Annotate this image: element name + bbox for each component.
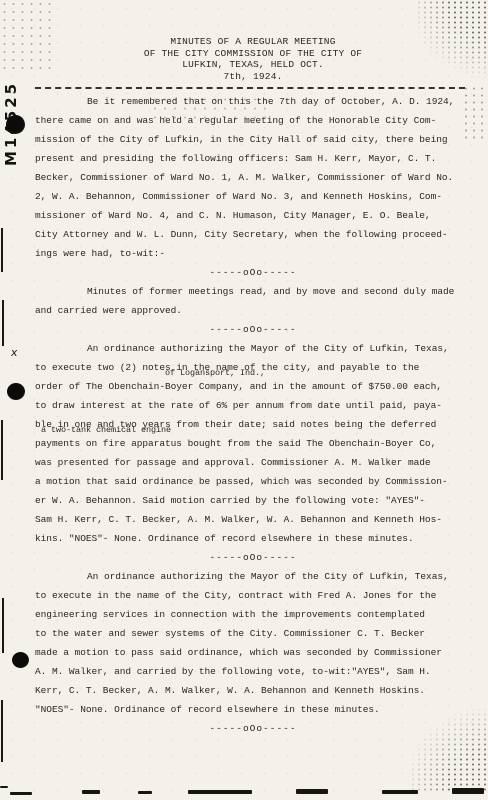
- section-separator: -----oOo-----: [35, 719, 471, 738]
- text-line-main: order of The Obenchain-Boyer Company, an…: [35, 381, 442, 392]
- text-line: Kerr, C. T. Becker, A. M. Walker, W. A. …: [35, 681, 471, 700]
- minutes-approval-paragraph: Minutes of former meetings read, and by …: [35, 282, 471, 320]
- scan-smudge: [82, 790, 100, 794]
- text-line: An ordinance authorizing the Mayor of th…: [35, 339, 471, 358]
- margin-line-artifact: [1, 420, 3, 480]
- text-line: An ordinance authorizing the Mayor of th…: [35, 567, 471, 586]
- document-title: MINUTES OF A REGULAR MEETING OF THE CITY…: [35, 36, 471, 82]
- margin-line-artifact: [1, 228, 3, 272]
- scan-smudge: [382, 790, 418, 794]
- text-line: Sam H. Kerr, C. T. Becker, A. M. Walker,…: [35, 510, 471, 529]
- text-line: Be it remembered that on this the 7th da…: [35, 92, 471, 111]
- title-line: LUFKIN, TEXAS, HELD OCT.: [35, 59, 471, 71]
- text-line: City Attorney and W. L. Dunn, City Secre…: [35, 225, 471, 244]
- ordinance-contract-paragraph: An ordinance authorizing the Mayor of th…: [35, 567, 471, 719]
- margin-line-artifact: [1, 700, 3, 762]
- scan-smudge: [138, 791, 152, 794]
- title-line: 7th, 1924.: [35, 71, 471, 83]
- scan-smudge: [10, 792, 32, 795]
- margin-line-artifact: [2, 300, 4, 346]
- scanned-page: M14525 x MINUTES OF A REGULAR MEETING OF…: [0, 0, 488, 800]
- scan-smudge: [296, 789, 328, 794]
- margin-line-artifact: [2, 598, 4, 653]
- ink-blob: [12, 652, 29, 668]
- title-line: OF THE CITY COMMISSION OF THE CITY OF: [35, 48, 471, 60]
- text-line: there came on and was held a regular mee…: [35, 111, 471, 130]
- text-line: to execute in the name of the City, cont…: [35, 586, 471, 605]
- text-line: a motion that said ordinance be passed, …: [35, 472, 471, 491]
- text-line: of Logansport, Ind., order of The Obench…: [35, 377, 471, 396]
- opening-paragraph: Be it remembered that on this the 7th da…: [35, 92, 471, 263]
- text-line: present and presiding the following offi…: [35, 149, 471, 168]
- text-line: engineering services in connection with …: [35, 605, 471, 624]
- text-line: Minutes of former meetings read, and by …: [35, 282, 471, 301]
- text-line: A. M. Walker, and carried by the followi…: [35, 662, 471, 681]
- ordinance-notes-paragraph: An ordinance authorizing the Mayor of th…: [35, 339, 471, 548]
- margin-handwritten-id: M14525: [2, 6, 20, 166]
- text-line: was presented for passage and approval. …: [35, 453, 471, 472]
- text-line: missioner of Ward No. 4, and C. N. Humas…: [35, 206, 471, 225]
- ink-blob: [7, 383, 25, 400]
- text-line: a two-tank chemical engine payments on f…: [35, 434, 471, 453]
- interline-insertion: a two-tank chemical engine: [41, 425, 171, 435]
- text-line: to the water and sewer systems of the Ci…: [35, 624, 471, 643]
- text-line: and carried were approved.: [35, 301, 471, 320]
- document-body: MINUTES OF A REGULAR MEETING OF THE CITY…: [35, 36, 471, 738]
- title-line: MINUTES OF A REGULAR MEETING: [35, 36, 471, 48]
- text-line: mission of the City of Lufkin, in the Ci…: [35, 130, 471, 149]
- dashed-rule: [35, 87, 465, 89]
- scan-smudge: [0, 786, 8, 788]
- section-separator: -----oOo-----: [35, 548, 471, 567]
- interline-insertion: of Logansport, Ind.,: [165, 368, 265, 378]
- section-separator: -----oOo-----: [35, 263, 471, 282]
- text-line: to draw interest at the rate of 6% per a…: [35, 396, 471, 415]
- text-line: made a motion to pass said ordinance, wh…: [35, 643, 471, 662]
- margin-x-mark: x: [10, 346, 18, 359]
- scan-smudge: [188, 790, 252, 794]
- text-line: kins. "NOES"- None. Ordinance of record …: [35, 529, 471, 548]
- text-line: "NOES"- None. Ordinance of record elsewh…: [35, 700, 471, 719]
- text-line: Becker, Commissioner of Ward No. 1, A. M…: [35, 168, 471, 187]
- text-line: 2, W. A. Behannon, Commissioner of Ward …: [35, 187, 471, 206]
- ink-blob: [6, 115, 25, 134]
- scan-smudge: [452, 788, 484, 794]
- text-line: er W. A. Behannon. Said motion carried b…: [35, 491, 471, 510]
- section-separator: -----oOo-----: [35, 320, 471, 339]
- text-line: ings were had, to-wit:-: [35, 244, 471, 263]
- text-line-main: payments on fire apparatus bought from t…: [35, 438, 436, 449]
